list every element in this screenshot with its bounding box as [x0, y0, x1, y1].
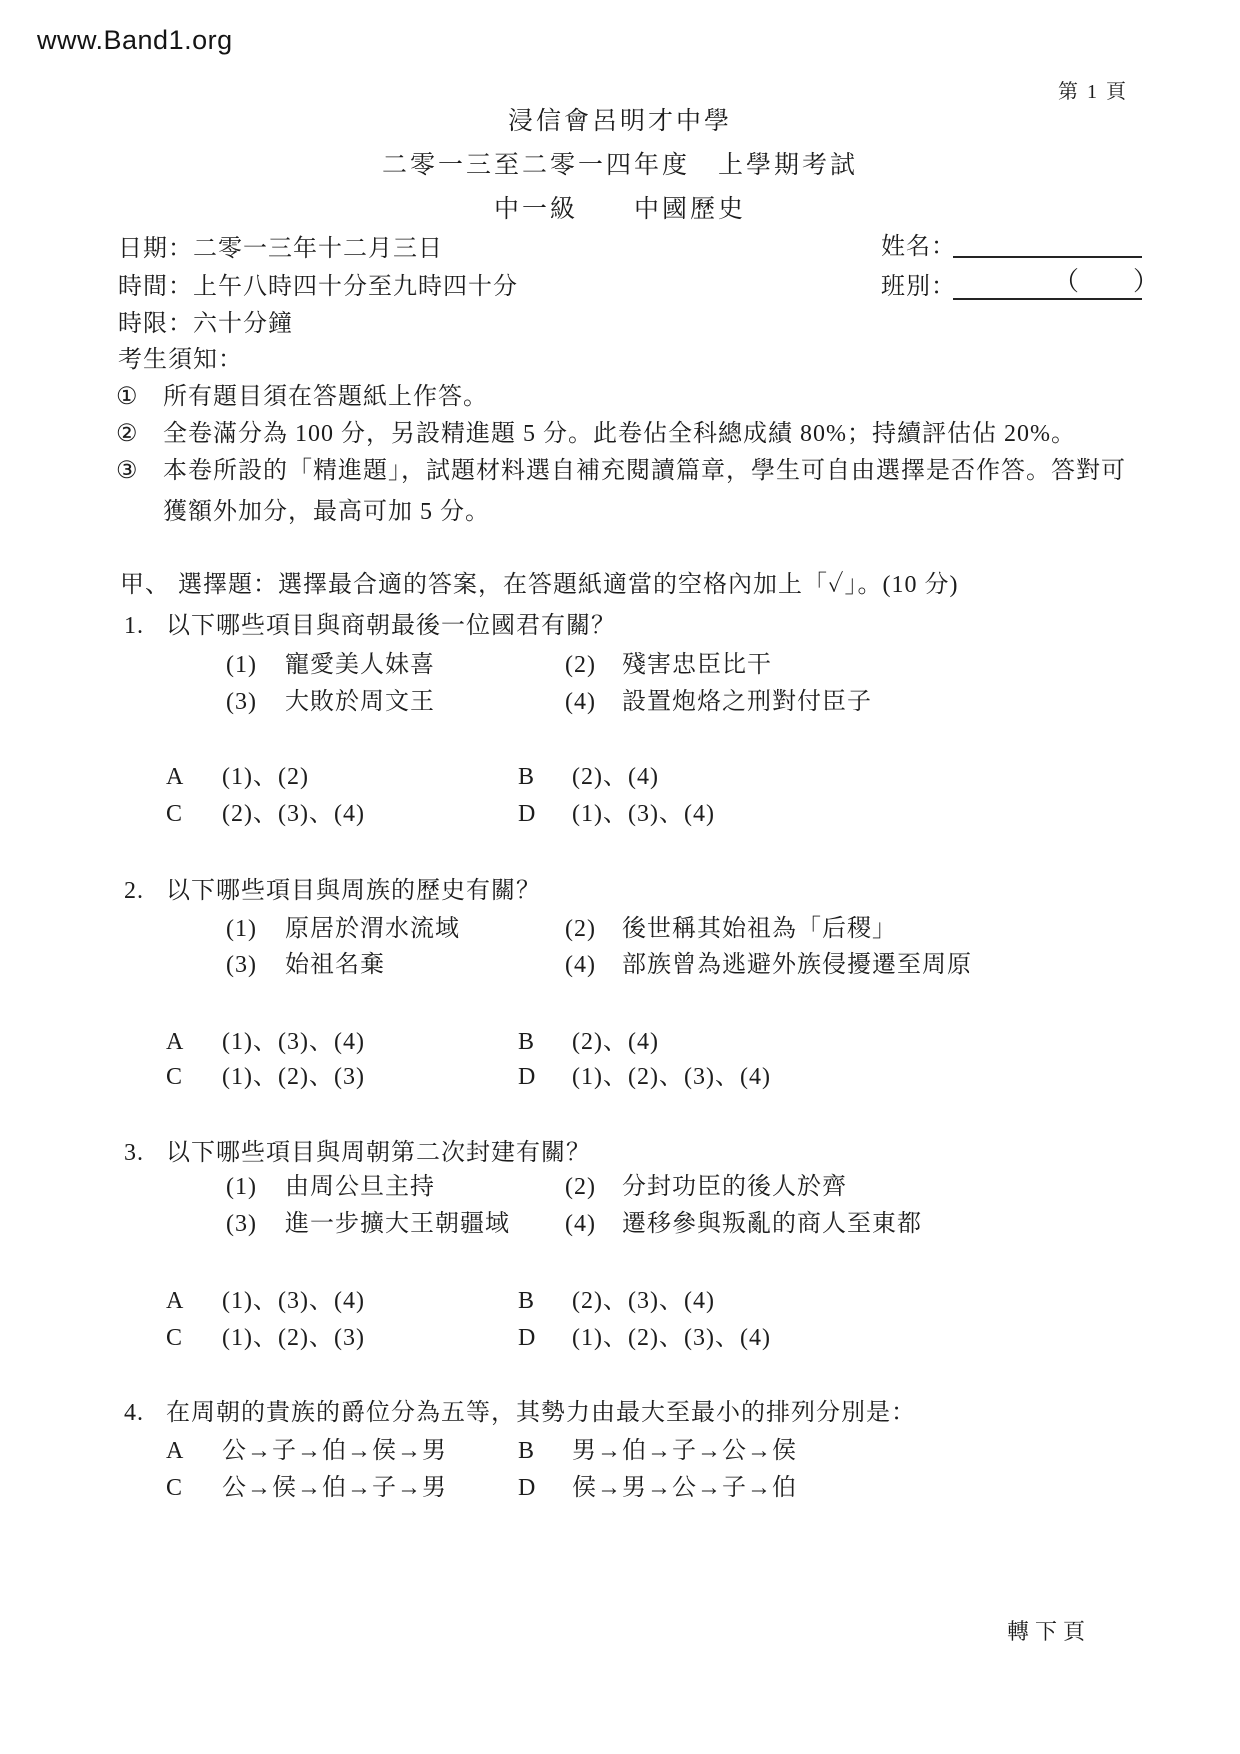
item-number: (2)	[565, 650, 596, 680]
exam-time: 時間：上午八時四十分至九時四十分	[118, 272, 518, 302]
next-page-note: 轉下頁	[1007, 1618, 1091, 1646]
item-text: 始祖名棄	[285, 950, 385, 980]
item-text: 部族曾為逃避外族侵擾遷至周原	[622, 950, 972, 980]
choice-text: (2)、(3)、(4)	[572, 1286, 715, 1316]
question-text: 以下哪些項目與周朝第二次封建有關？	[166, 1138, 591, 1168]
choice-text: (1)、(2)、(3)	[222, 1062, 365, 1092]
item-number: (1)	[226, 914, 257, 944]
item-number: (2)	[565, 914, 596, 944]
choice-letter: A	[166, 1027, 184, 1057]
school-name: 浸信會呂明才中學	[0, 106, 1240, 137]
item-number: (3)	[226, 687, 257, 717]
note-3-text: 本卷所設的「精進題」，試題材料選自補充閱讀篇章，學生可自由選擇是否作答。答對可	[163, 456, 1126, 486]
choice-letter: C	[166, 799, 183, 829]
choice-letter: D	[518, 799, 536, 829]
item-text: 原居於渭水流域	[285, 914, 460, 944]
question-text: 以下哪些項目與商朝最後一位國君有關？	[166, 611, 616, 641]
item-number: (3)	[226, 950, 257, 980]
choice-text: (1)、(2)、(3)、(4)	[572, 1323, 771, 1353]
section-a-instruction: 選擇題：選擇最合適的答案，在答題紙適當的空格內加上「✓」。(10 分)	[178, 570, 958, 600]
question-number: 2.	[124, 876, 144, 906]
candidate-notes-title: 考生須知：	[118, 345, 243, 375]
item-text: 進一步擴大王朝疆域	[285, 1209, 510, 1239]
item-number: (3)	[226, 1209, 257, 1239]
page-number: 第 1 頁	[1058, 80, 1128, 105]
class-number-parentheses: （ ）	[1053, 266, 1173, 299]
note-3-number: ③	[116, 456, 139, 486]
item-text: 大敗於周文王	[285, 687, 435, 717]
section-a-label: 甲、	[120, 570, 170, 600]
choice-letter: B	[518, 1286, 535, 1316]
choice-text: (2)、(3)、(4)	[222, 799, 365, 829]
exam-paper-page: www.Band1.org 第 1 頁 浸信會呂明才中學 二零一三至二零一四年度…	[0, 0, 1240, 1754]
item-number: (4)	[565, 1209, 596, 1239]
note-3-text-continued: 獲額外加分，最高可加 5 分。	[163, 497, 490, 527]
note-2-text: 全卷滿分為 100 分，另設精進題 5 分。此卷佔全科總成績 80%；持續評估佔…	[163, 419, 1076, 449]
class-subject: 中一級 中國歷史	[0, 194, 1240, 225]
note-1-text: 所有題目須在答題紙上作答。	[163, 382, 488, 412]
choice-letter: A	[166, 1436, 184, 1466]
exam-duration: 時限：六十分鐘	[118, 309, 293, 339]
choice-letter: D	[518, 1062, 536, 1092]
item-text: 由周公旦主持	[285, 1172, 435, 1202]
choice-text: (1)、(2)	[222, 762, 309, 792]
item-text: 殘害忠臣比干	[622, 650, 772, 680]
choice-text: (2)、(4)	[572, 762, 659, 792]
item-text: 寵愛美人妹喜	[285, 650, 435, 680]
choice-letter: C	[166, 1323, 183, 1353]
item-number: (4)	[565, 950, 596, 980]
exam-date: 日期：二零一三年十二月三日	[118, 234, 443, 264]
question-number: 4.	[124, 1398, 144, 1428]
choice-text: (2)、(4)	[572, 1027, 659, 1057]
question-number: 3.	[124, 1138, 144, 1168]
choice-text: 公→侯→伯→子→男	[222, 1473, 447, 1503]
watermark: www.Band1.org	[37, 24, 233, 58]
item-text: 遷移參與叛亂的商人至東都	[622, 1209, 922, 1239]
item-text: 設置炮烙之刑對付臣子	[622, 687, 872, 717]
choice-text: (1)、(2)、(3)、(4)	[572, 1062, 771, 1092]
choice-text: (1)、(3)、(4)	[222, 1027, 365, 1057]
choice-letter: D	[518, 1323, 536, 1353]
choice-letter: B	[518, 762, 535, 792]
choice-text: (1)、(3)、(4)	[222, 1286, 365, 1316]
choice-text: 公→子→伯→侯→男	[222, 1436, 447, 1466]
choice-letter: A	[166, 1286, 184, 1316]
question-number: 1.	[124, 611, 144, 641]
exam-title: 二零一三至二零一四年度 上學期考試	[0, 150, 1240, 181]
item-number: (2)	[565, 1172, 596, 1202]
item-number: (1)	[226, 650, 257, 680]
choice-letter: B	[518, 1436, 535, 1466]
choice-text: (1)、(3)、(4)	[572, 799, 715, 829]
name-label: 姓名：	[881, 232, 956, 262]
choice-letter: D	[518, 1473, 536, 1503]
choice-letter: C	[166, 1473, 183, 1503]
choice-text: 男→伯→子→公→侯	[572, 1436, 797, 1466]
question-text: 以下哪些項目與周族的歷史有關？	[166, 876, 541, 906]
item-text: 分封功臣的後人於齊	[622, 1172, 847, 1202]
note-1-number: ①	[116, 382, 139, 412]
question-text: 在周朝的貴族的爵位分為五等，其勢力由最大至最小的排列分別是：	[166, 1398, 916, 1428]
choice-text: 侯→男→公→子→伯	[572, 1473, 797, 1503]
item-text: 後世稱其始祖為「后稷」	[622, 914, 897, 944]
class-label: 班別：	[881, 272, 956, 302]
choice-text: (1)、(2)、(3)	[222, 1323, 365, 1353]
choice-letter: A	[166, 762, 184, 792]
choice-letter: B	[518, 1027, 535, 1057]
note-2-number: ②	[116, 419, 139, 449]
name-field-line	[953, 256, 1142, 258]
item-number: (4)	[565, 687, 596, 717]
choice-letter: C	[166, 1062, 183, 1092]
item-number: (1)	[226, 1172, 257, 1202]
